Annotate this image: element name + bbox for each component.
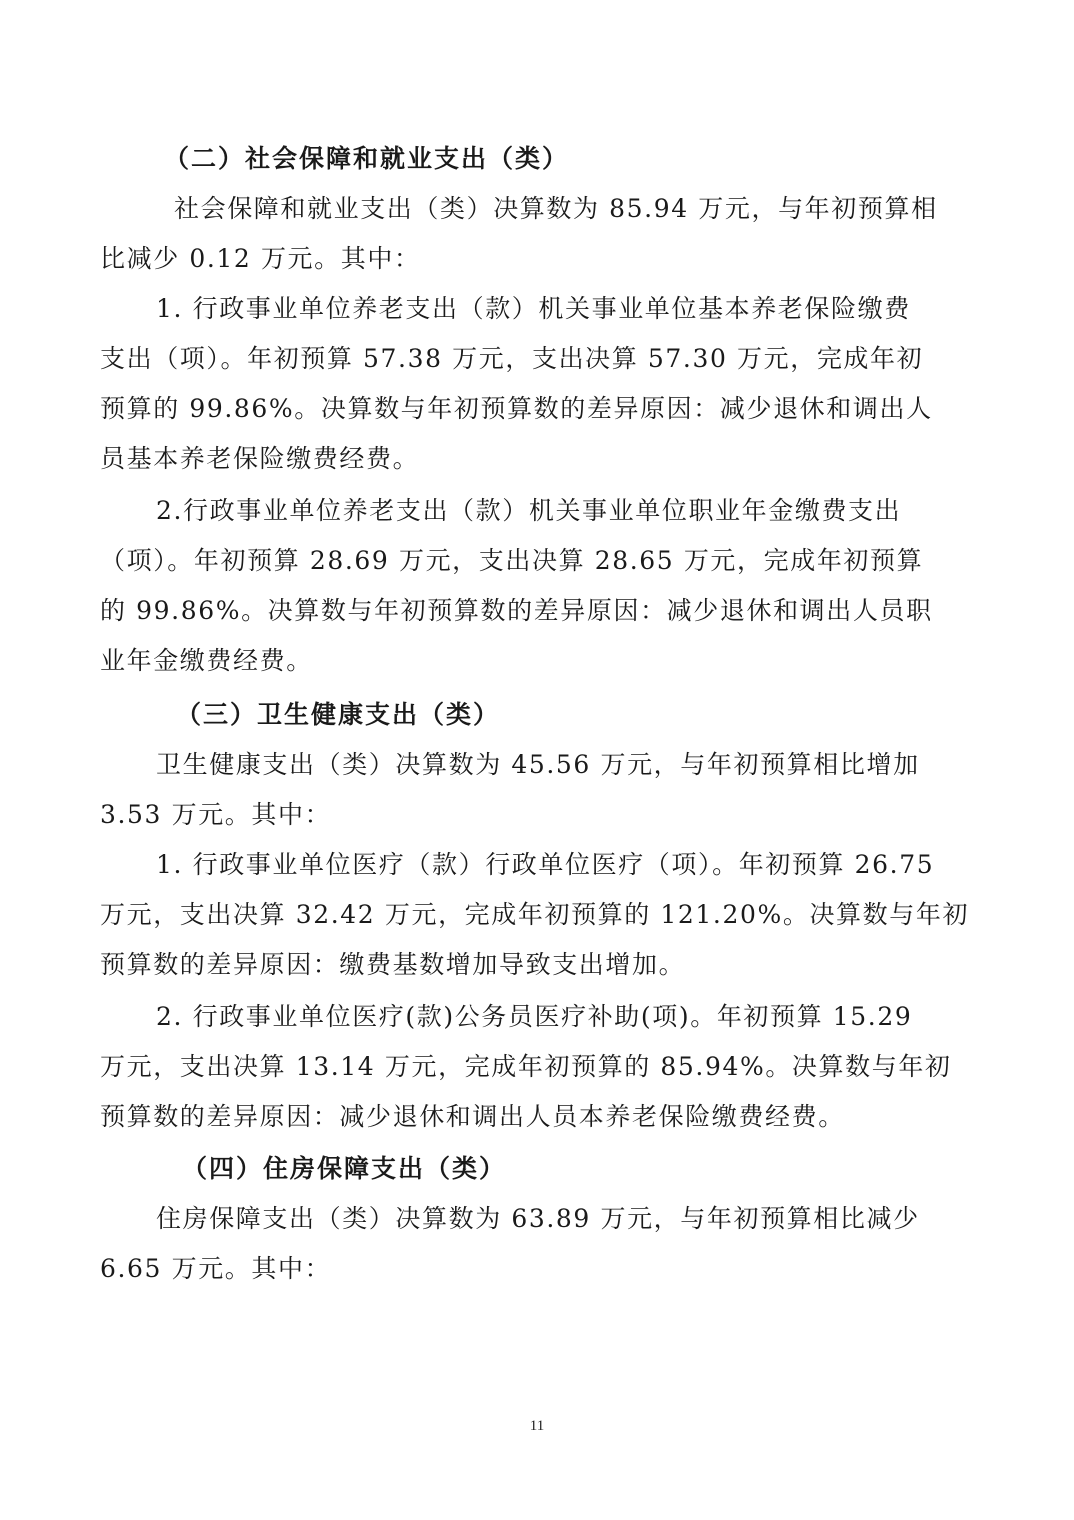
paragraph-line: 万元，支出决算 32.42 万元，完成年初预算的 121.20%。决算数与年初 [100, 900, 969, 930]
paragraph-line: 1. 行政事业单位医疗（款）行政单位医疗（项）。年初预算 26.75 [156, 850, 934, 880]
section-heading-health: （三）卫生健康支出（类） [176, 700, 500, 730]
paragraph-line: （项）。年初预算 28.69 万元，支出决算 28.65 万元，完成年初预算 [100, 546, 923, 576]
paragraph-line: 预算数的差异原因：缴费基数增加导致支出增加。 [100, 950, 685, 980]
paragraph-line: 2.行政事业单位养老支出（款）机关事业单位职业年金缴费支出 [156, 496, 901, 526]
paragraph-line: 1. 行政事业单位养老支出（款）机关事业单位基本养老保险缴费 [156, 294, 911, 324]
paragraph-line: 的 99.86%。决算数与年初预算数的差异原因：减少退休和调出人员职 [100, 596, 933, 626]
paragraph-line: 6.65 万元。其中： [100, 1254, 331, 1284]
paragraph-line: 业年金缴费经费。 [100, 646, 313, 676]
paragraph-line: 3.53 万元。其中： [100, 800, 331, 830]
paragraph-line: 2. 行政事业单位医疗(款)公务员医疗补助(项)。年初预算 15.29 [156, 1002, 912, 1032]
paragraph-line: 员基本养老保险缴费经费。 [100, 444, 419, 474]
section-heading-housing: （四）住房保障支出（类） [182, 1154, 506, 1184]
paragraph-line: 支出（项）。年初预算 57.38 万元，支出决算 57.30 万元，完成年初 [100, 344, 923, 374]
paragraph-line: 比减少 0.12 万元。其中： [100, 244, 421, 274]
page-number: 11 [0, 1418, 1074, 1435]
section-heading-social-security: （二）社会保障和就业支出（类） [164, 144, 569, 174]
paragraph-line: 预算数的差异原因：减少退休和调出人员本养老保险缴费经费。 [100, 1102, 845, 1132]
paragraph-line: 住房保障支出（类）决算数为 63.89 万元，与年初预算相比减少 [156, 1204, 920, 1234]
paragraph-line: 万元，支出决算 13.14 万元，完成年初预算的 85.94%。决算数与年初 [100, 1052, 952, 1082]
paragraph-line: 社会保障和就业支出（类）决算数为 85.94 万元，与年初预算相 [174, 194, 938, 224]
paragraph-line: 预算的 99.86%。决算数与年初预算数的差异原因：减少退休和调出人 [100, 394, 933, 424]
paragraph-line: 卫生健康支出（类）决算数为 45.56 万元，与年初预算相比增加 [156, 750, 920, 780]
